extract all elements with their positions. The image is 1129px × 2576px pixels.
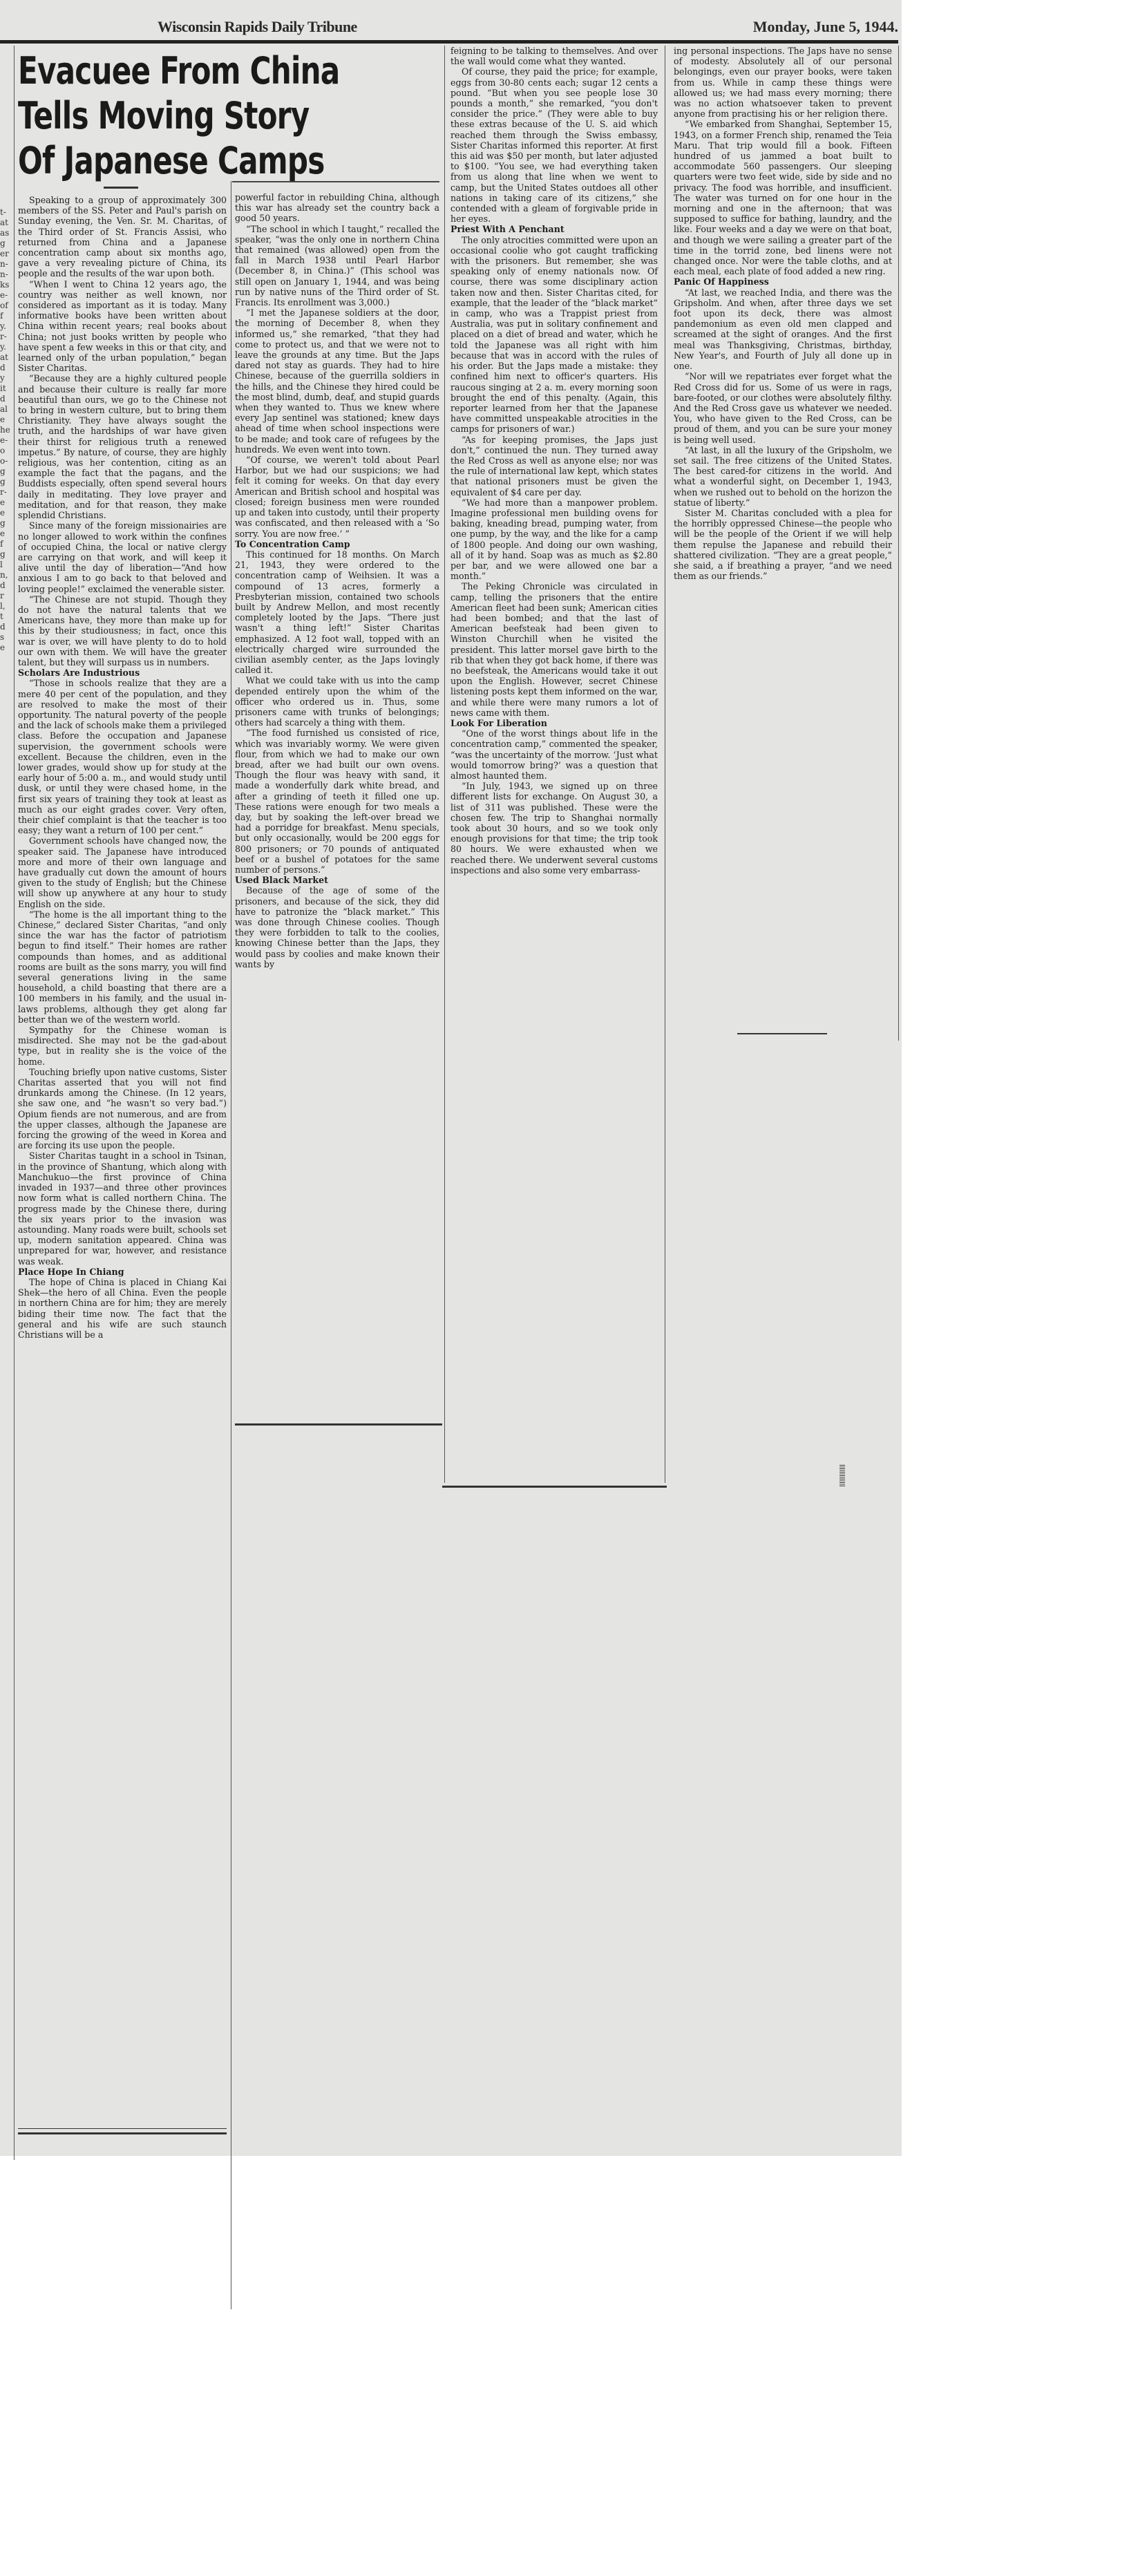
paragraph: “The school in which I taught,” recalled… [235,224,439,308]
paragraph: “At last, we reached India, and there wa… [674,287,892,372]
paragraph: Speaking to a group of approximately 300… [18,195,227,279]
column-box-rule [232,181,439,182]
paragraph: “We had more than a manpower problem. Im… [450,498,658,582]
paragraph: “Those in schools realize that they are … [18,678,227,835]
paragraph: “The Chinese are not stupid. Though they… [18,594,227,667]
article-column-3: feigning to be talking to themselves. An… [450,46,658,875]
paragraph: “In July, 1943, we signed up on three di… [450,781,658,875]
paragraph: feigning to be talking to themselves. An… [450,46,658,66]
paragraph: “One of the worst things about life in t… [450,728,658,781]
paragraph: Touching briefly upon native customs, Si… [18,1067,227,1151]
paragraph: This continued for 18 months. On March 2… [235,549,439,675]
paragraph: Government schools have changed now, the… [18,835,227,909]
column-end-rule [18,2128,227,2129]
paragraph: “As for keeping promises, the Japs just … [450,435,658,498]
paragraph: Because of the age of some of the prison… [235,885,439,969]
article-column-4: ing personal inspections. The Japs have … [674,46,892,581]
paragraph: “We embarked from Shanghai, September 15… [674,119,892,276]
paragraph: powerful factor in rebuilding China, alt… [235,192,439,224]
paragraph: Since many of the foreign missionairies … [18,520,227,594]
column-divider [665,46,665,1483]
paragraph: “At last, in all the luxury of the Grips… [674,445,892,508]
paragraph: “The home is the all important thing to … [18,909,227,1025]
subheading: Look For Liberation [450,718,658,728]
column-divider [444,46,445,1483]
paragraph: “The food furnished us consisted of rice… [235,728,439,875]
paragraph: Sympathy for the Chinese woman is misdir… [18,1025,227,1067]
subheading: Scholars Are Industrious [18,667,227,678]
paragraph: Sister M. Charitas concluded with a plea… [674,508,892,581]
headline-line: Evacuee From China [18,48,344,93]
subheading: To Concentration Camp [235,539,439,549]
paragraph: What we could take with us into the camp… [235,675,439,728]
paragraph: “Because they are a highly cultured peop… [18,373,227,520]
paragraph: “When I went to China 12 years ago, the … [18,279,227,374]
subheading: Priest With A Penchant [450,224,658,234]
article-column-1: Speaking to a group of approximately 300… [18,195,227,1340]
blank-margin [902,48,1129,2576]
article-headline: Evacuee From China Tells Moving Story Of… [18,48,344,183]
issue-date: Monday, June 5, 1944. [753,18,898,36]
headline-line: Tells Moving Story [18,93,344,138]
headline-line: Of Japanese Camps [18,138,344,183]
paragraph: “I met the Japanese soldiers at the door… [235,307,439,455]
article-column-2: powerful factor in rebuilding China, alt… [235,192,439,969]
paragraph: “Nor will we repatriates ever forget wha… [674,371,892,444]
paragraph: “Of course, we weren't told about Pearl … [235,455,439,539]
subheading: Panic Of Happiness [674,276,892,287]
subheading: Used Black Market [235,875,439,885]
column-end-rule [18,2132,227,2134]
hatched-margin-mark [839,1465,845,1487]
column-divider [231,181,231,2309]
masthead-rule [0,40,898,44]
headline-rule [104,187,138,189]
newspaper-name: Wisconsin Rapids Daily Tribune [158,18,357,36]
paragraph: The hope of China is placed in Chiang Ka… [18,1277,227,1340]
column-divider [898,46,899,1041]
column-end-rule [442,1486,667,1488]
adjacent-column-fragment: t- at as g er n- n- ks e- of f y. r- y. … [0,207,10,2156]
masthead: Wisconsin Rapids Daily Tribune Monday, J… [0,0,898,43]
paragraph: ing personal inspections. The Japs have … [674,46,892,119]
column-end-rule [235,1423,442,1426]
article-end-rule [737,1033,827,1034]
paragraph: The Peking Chronicle was circulated in c… [450,581,658,718]
subheading: Place Hope In Chiang [18,1267,227,1277]
paragraph: Of course, they paid the price; for exam… [450,66,658,224]
column-divider [14,46,15,2160]
paragraph: The only atrocities committed were upon … [450,235,658,435]
paragraph: Sister Charitas taught in a school in Ts… [18,1150,227,1266]
